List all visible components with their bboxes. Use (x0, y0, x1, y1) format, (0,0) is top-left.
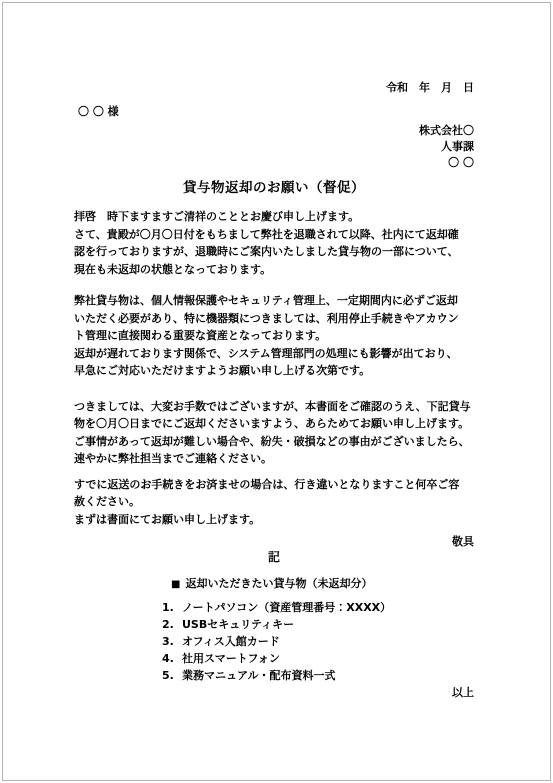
item-number: 2. (162, 616, 182, 633)
return-items-heading-text: 返却いただきたい貸与物（未返却分） (185, 577, 372, 590)
sender-block: 株式会社〇 人事課 〇 〇 (74, 123, 474, 171)
date-line: 令和 年 月 日 (74, 80, 474, 95)
sender-department: 人事課 (74, 139, 474, 155)
item-label: 業務マニュアル・配布資料一式 (182, 667, 336, 684)
item-label: USBセキュリティキー (182, 616, 294, 633)
item-label: 社用スマートフォン (182, 650, 280, 667)
paragraph-reason: 弊社貸与物は、個人情報保護やセキュリティ管理上、一定期間内に必ずご返却 いただく… (74, 292, 474, 380)
paragraph-greeting: 拝啓 時下ますますご清祥のこととお慶び申し上げます。 さて、貴殿が〇月〇日付をも… (74, 208, 474, 278)
return-item: 5. 業務マニュアル・配布資料一式 (162, 667, 474, 684)
return-item: 2. USBセキュリティキー (162, 616, 474, 633)
item-number: 3. (162, 633, 182, 650)
return-item: 1. ノートパソコン（資産管理番号：XXXX） (162, 599, 474, 616)
return-items-heading: ■返却いただきたい貸与物（未返却分） (171, 576, 474, 592)
return-item: 3. オフィス入館カード (162, 633, 474, 650)
letter-page: 令和 年 月 日 〇 〇 様 株式会社〇 人事課 〇 〇 貸与物返却のお願い（督… (2, 2, 551, 781)
closing-word: 敬具 (74, 534, 474, 549)
item-number: 1. (162, 599, 182, 616)
item-label: オフィス入館カード (182, 633, 280, 650)
item-number: 5. (162, 667, 182, 684)
item-number: 4. (162, 650, 182, 667)
return-items-list: 1. ノートパソコン（資産管理番号：XXXX） 2. USBセキュリティキー 3… (162, 599, 474, 684)
sender-company: 株式会社〇 (74, 123, 474, 139)
square-bullet-icon: ■ (171, 577, 180, 592)
end-marker: 以上 (74, 685, 474, 700)
item-label: ノートパソコン（資産管理番号：XXXX） (182, 599, 391, 616)
addressee: 〇 〇 様 (74, 104, 474, 119)
paragraph-request: つきましては、大変お手数ではございますが、本書面をご確認のうえ、下記貸与 物を〇… (74, 398, 474, 468)
letter-title: 貸与物返却のお願い（督促） (74, 179, 474, 198)
record-marker: 記 (74, 550, 474, 565)
paragraph-apology: すでに返送のお手続きをお済ませの場合は、行き違いとなりますこと何卒ご容 赦くださ… (74, 476, 474, 529)
return-item: 4. 社用スマートフォン (162, 650, 474, 667)
sender-name: 〇 〇 (74, 155, 474, 171)
